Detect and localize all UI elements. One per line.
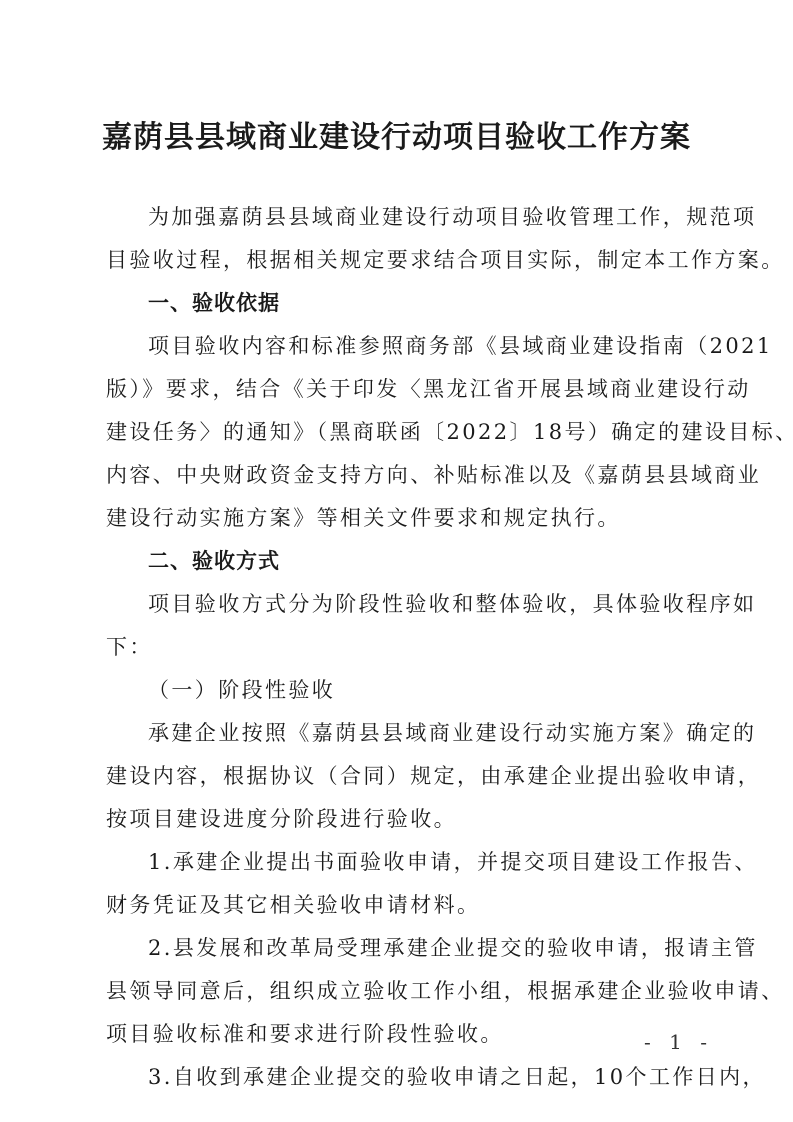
document-body: 为加强嘉荫县县域商业建设行动项目验收管理工作，规范项目验收过程，根据相关规定要求… [106, 196, 690, 1099]
paragraph-line: 建设任务〉的通知》（黑商联函〔2022〕18号）确定的建设目标、 [106, 411, 690, 454]
section-heading: 二、验收方式 [106, 540, 690, 583]
paragraph-line: 3.自收到承建企业提交的验收申请之日起，10个工作日内， [106, 1056, 690, 1099]
paragraph-line: （一）阶段性验收 [106, 669, 690, 712]
paragraph-line: 项目验收方式分为阶段性验收和整体验收，具体验收程序如 [106, 583, 690, 626]
paragraph-line: 建设行动实施方案》等相关文件要求和规定执行。 [106, 497, 690, 540]
paragraph-line: 版）》要求，结合《关于印发〈黑龙江省开展县域商业建设行动 [106, 368, 690, 411]
page-number: - 1 - [644, 1030, 713, 1054]
paragraph-line: 内容、中央财政资金支持方向、补贴标准以及《嘉荫县县域商业 [106, 454, 690, 497]
section-heading: 一、验收依据 [106, 282, 690, 325]
paragraph-line: 建设内容，根据协议（合同）规定，由承建企业提出验收申请， [106, 755, 690, 798]
paragraph-line: 目验收过程，根据相关规定要求结合项目实际，制定本工作方案。 [106, 239, 690, 282]
paragraph-line: 按项目建设进度分阶段进行验收。 [106, 798, 690, 841]
paragraph-line: 为加强嘉荫县县域商业建设行动项目验收管理工作，规范项 [106, 196, 690, 239]
paragraph-line: 2.县发展和改革局受理承建企业提交的验收申请，报请主管 [106, 927, 690, 970]
paragraph-line: 下： [106, 626, 690, 669]
paragraph-line: 1.承建企业提出书面验收申请，并提交项目建设工作报告、 [106, 841, 690, 884]
paragraph-line: 财务凭证及其它相关验收申请材料。 [106, 884, 690, 927]
paragraph-line: 项目验收内容和标准参照商务部《县域商业建设指南（2021 [106, 325, 690, 368]
document-title: 嘉荫县县域商业建设行动项目验收工作方案 [0, 112, 793, 156]
paragraph-line: 项目验收标准和要求进行阶段性验收。 [106, 1013, 690, 1056]
paragraph-line: 县领导同意后，组织成立验收工作小组，根据承建企业验收申请、 [106, 970, 690, 1013]
paragraph-line: 承建企业按照《嘉荫县县域商业建设行动实施方案》确定的 [106, 712, 690, 755]
